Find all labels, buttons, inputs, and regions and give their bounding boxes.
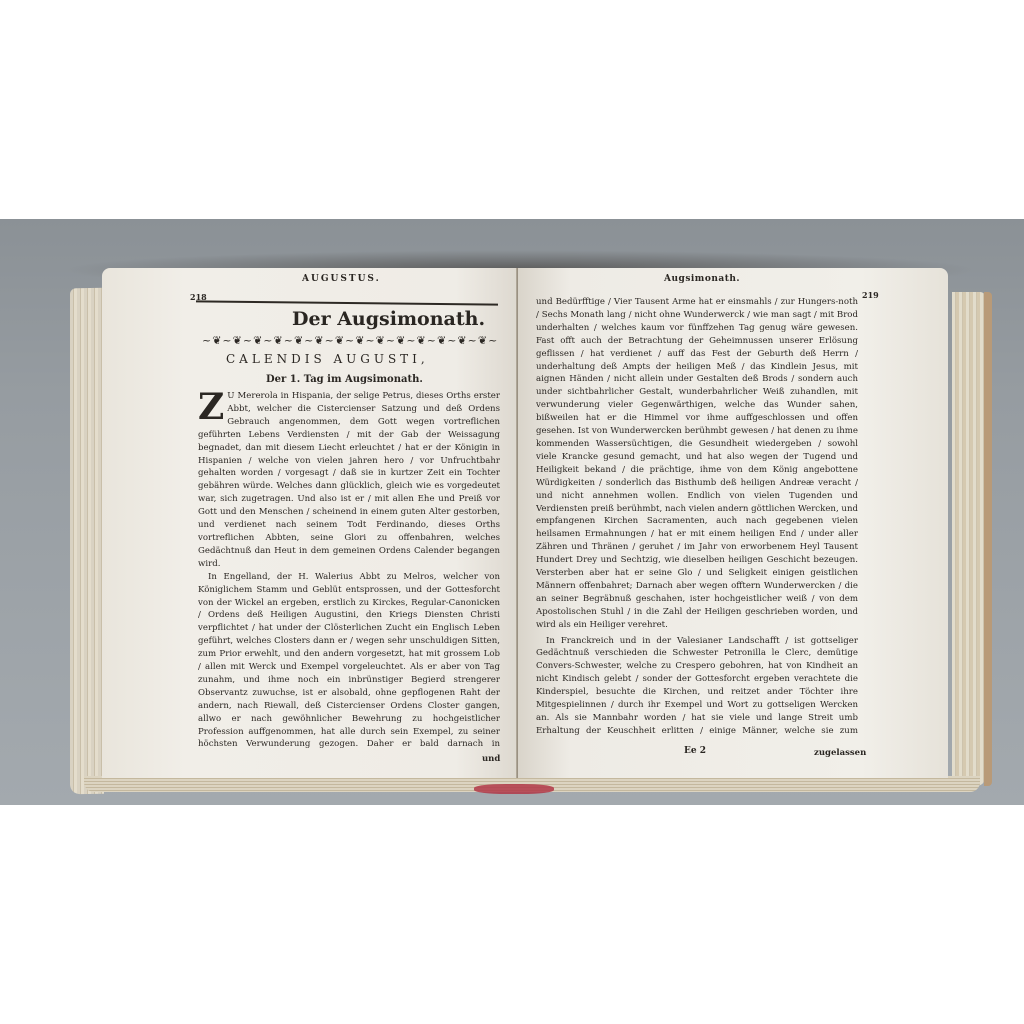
left-page-edges bbox=[70, 288, 104, 795]
right-page-edges bbox=[952, 292, 986, 786]
day-heading: Der 1. Tag im Augsimonath. bbox=[266, 374, 423, 385]
paragraph: In Engelland, der H. Walerius Abbt zu Me… bbox=[198, 571, 500, 750]
page-number-right: 219 bbox=[862, 290, 879, 300]
chapter-title: Der Augsimonath. bbox=[292, 308, 485, 330]
paragraph: U Mererola in Hispania, der selige Petru… bbox=[198, 390, 500, 571]
running-head-left: AUGUSTUS. bbox=[302, 274, 381, 284]
right-page: Augsimonath. 219 und Bedürfftige / Vier … bbox=[518, 268, 948, 778]
red-spine-binding bbox=[474, 784, 554, 794]
drop-cap: Z bbox=[198, 392, 224, 422]
running-head-right: Augsimonath. bbox=[664, 274, 740, 284]
right-body-text: und Bedürfftige / Vier Tausent Arme hat … bbox=[536, 296, 858, 736]
catchword-right: zugelassen bbox=[814, 748, 866, 758]
latin-subtitle: CALENDIS AUGUSTI, bbox=[226, 352, 429, 366]
catchword-left: und bbox=[482, 754, 500, 764]
paragraph: In Franckreich und in der Valesianer Lan… bbox=[536, 635, 858, 736]
signature-mark: Ee 2 bbox=[684, 746, 706, 756]
left-body-text: Z U Mererola in Hispania, der selige Pet… bbox=[198, 390, 500, 750]
header-rule bbox=[196, 300, 498, 305]
ornament-border: ~❦~❦~❦~❦~❦~❦~❦~❦~❦~❦~❦~❦~❦~❦~ bbox=[202, 334, 502, 347]
open-book: AUGUSTUS. 218 Der Augsimonath. ~❦~❦~❦~❦~… bbox=[64, 262, 990, 792]
left-page: AUGUSTUS. 218 Der Augsimonath. ~❦~❦~❦~❦~… bbox=[102, 268, 518, 778]
paragraph: und Bedürfftige / Vier Tausent Arme hat … bbox=[536, 296, 858, 632]
